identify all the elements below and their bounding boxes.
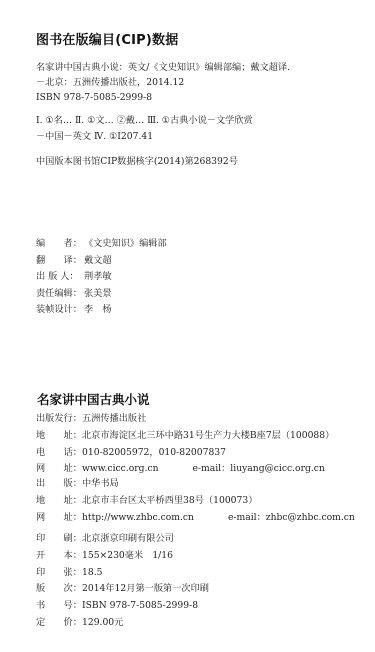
credits-block: 编 者： 《文史知识》编辑部 翻 译： 戴文超 出 版 人： 荆孝敏 责任编辑：…: [36, 236, 167, 319]
cip-classification-line: －中国－英文 Ⅳ. ①I207.41: [36, 131, 153, 142]
info-value: 北京市丰台区太平桥西里38号（100073）: [82, 493, 257, 510]
cip-record-number: 中国版本图书馆CIP数据核字(2014)第268392号: [36, 156, 238, 167]
info-row: 出 版： 中华书局: [36, 476, 355, 493]
website-value: http://www.zhbc.com.cn: [82, 510, 194, 527]
info-value: 北京浙京印刷有限公司: [82, 531, 174, 548]
info-value: 129.00元: [82, 615, 123, 632]
info-value: 155×230毫米 1/16: [82, 548, 173, 565]
email-value: e-mail：zhbc@zhbc.com.cn: [228, 510, 355, 527]
info-row-edition: 版 次： 2014年12月第一版第一次印刷: [36, 581, 209, 598]
credit-label: 责任编辑：: [36, 286, 84, 303]
info-label: 电 话：: [36, 445, 82, 462]
info-value: 18.5: [82, 565, 102, 582]
info-label: 地 址：: [36, 428, 82, 445]
credit-value: 张美景: [84, 286, 112, 303]
publisher-info-wuzhou: 出版发行： 五洲传播出版社 地 址： 北京市海淀区北三环中路31号生产力大楼B座…: [36, 411, 334, 478]
cip-line: －北京：五洲传播出版社，2014.12: [36, 77, 184, 88]
info-label: 印 张：: [36, 565, 82, 582]
info-row: 电 话： 010-82005972，010-82007837: [36, 445, 334, 462]
info-row-printer: 印 刷： 北京浙京印刷有限公司: [36, 531, 209, 548]
credit-row-editor: 编 者： 《文史知识》编辑部: [36, 236, 167, 253]
credit-row-publisher: 出 版 人： 荆孝敏: [36, 269, 167, 286]
info-row: 地 址： 北京市丰台区太平桥西里38号（100073）: [36, 493, 355, 510]
info-label: 定 价：: [36, 615, 82, 632]
info-row: 网 址： http://www.zhbc.com.cn e-mail：zhbc@…: [36, 510, 355, 527]
info-label: 书 号：: [36, 598, 82, 615]
info-value: 中华书局: [82, 476, 119, 493]
credit-row-responsible-editor: 责任编辑： 张美景: [36, 286, 167, 303]
info-value: 010-82005972，010-82007837: [82, 445, 226, 462]
info-row-price: 定 价： 129.00元: [36, 615, 209, 632]
credit-label: 翻 译：: [36, 253, 84, 270]
credit-label: 出 版 人：: [36, 269, 84, 286]
credit-value: 李 杨: [84, 302, 112, 319]
credit-row-translator: 翻 译： 戴文超: [36, 253, 167, 270]
credit-row-design: 装帧设计： 李 杨: [36, 302, 167, 319]
info-row-sheets: 印 张： 18.5: [36, 565, 209, 582]
info-value: 五洲传播出版社: [82, 411, 146, 428]
book-title: 名家讲中国古典小说: [37, 390, 150, 408]
cip-line: ISBN 978-7-5085-2999-8: [36, 92, 152, 103]
credit-value: 戴文超: [84, 253, 112, 270]
cip-title: 图书在版编目(CIP)数据: [36, 29, 178, 48]
cip-classification-line: Ⅰ. ①名… Ⅱ. ①文… ②戴… Ⅲ. ①古典小说－文学欣赏: [36, 115, 253, 126]
info-value: 北京市海淀区北三环中路31号生产力大楼B座7层（100088）: [82, 428, 334, 445]
cip-line: 名家讲中国古典小说：英文/《文史知识》编辑部编；戴文超译.: [36, 62, 290, 73]
info-value: 2014年12月第一版第一次印刷: [82, 581, 209, 598]
info-label: 出 版：: [36, 476, 82, 493]
credit-value: 《文史知识》编辑部: [84, 236, 167, 253]
credit-label: 装帧设计：: [36, 302, 84, 319]
info-label: 网 址：: [36, 510, 82, 527]
printing-info: 印 刷： 北京浙京印刷有限公司 开 本： 155×230毫米 1/16 印 张：…: [36, 531, 209, 632]
publisher-info-zhonghua: 出 版： 中华书局 地 址： 北京市丰台区太平桥西里38号（100073） 网 …: [36, 476, 355, 526]
info-label: 开 本：: [36, 548, 82, 565]
info-value: ISBN 978-7-5085-2999-8: [82, 598, 198, 615]
info-label: 印 刷：: [36, 531, 82, 548]
info-row-isbn: 书 号： ISBN 978-7-5085-2999-8: [36, 598, 209, 615]
credit-value: 荆孝敏: [84, 269, 112, 286]
copyright-page: 图书在版编目(CIP)数据 名家讲中国古典小说：英文/《文史知识》编辑部编；戴文…: [0, 0, 375, 652]
credit-label: 编 者：: [36, 236, 84, 253]
info-label: 版 次：: [36, 581, 82, 598]
info-label: 地 址：: [36, 493, 82, 510]
info-row: 出版发行： 五洲传播出版社: [36, 411, 334, 428]
info-row-format: 开 本： 155×230毫米 1/16: [36, 548, 209, 565]
info-label: 出版发行：: [36, 411, 82, 428]
info-row: 地 址： 北京市海淀区北三环中路31号生产力大楼B座7层（100088）: [36, 428, 334, 445]
